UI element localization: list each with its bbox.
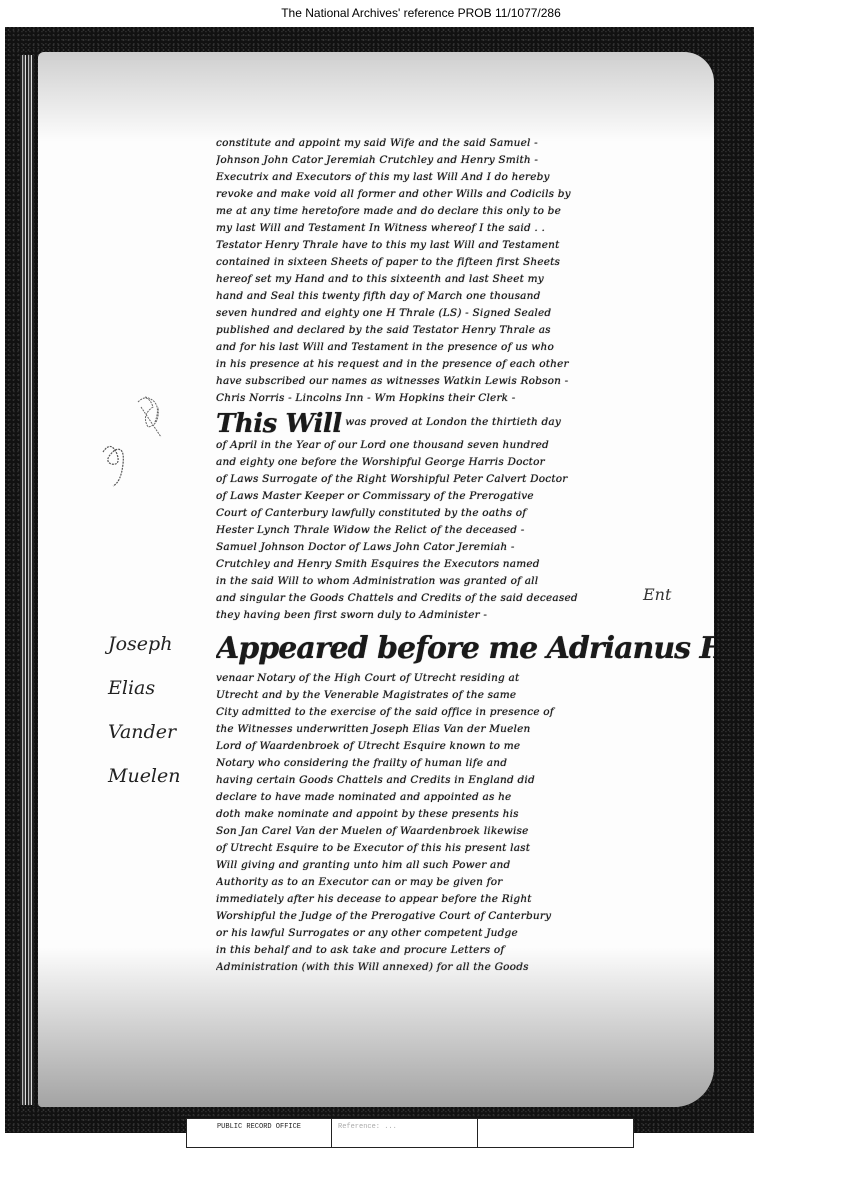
will-line: me at any time heretofore made and do de… <box>216 203 714 220</box>
appearance-heading: Appeared before me Adrianus Hoe <box>216 632 714 670</box>
will-line: constitute and appoint my said Wife and … <box>216 135 714 152</box>
probate-line: and eighty one before the Worshipful Geo… <box>216 454 714 471</box>
will-line: and for his last Will and Testament in t… <box>216 339 714 356</box>
will-line: contained in sixteen Sheets of paper to … <box>216 254 714 271</box>
appearance-line: or his lawful Surrogates or any other co… <box>216 925 714 942</box>
will-line: in his presence at his request and in th… <box>216 356 714 373</box>
margin-name-line: Elias <box>108 666 181 710</box>
appearance-line: Worshipful the Judge of the Prerogative … <box>216 908 714 925</box>
archive-reference-header: The National Archives' reference PROB 11… <box>0 0 842 27</box>
probate-line: Hester Lynch Thrale Widow the Relict of … <box>216 522 714 539</box>
margin-flourish-icon <box>93 377 173 487</box>
page-edge-lines <box>20 55 34 1105</box>
will-line: my last Will and Testament In Witness wh… <box>216 220 714 237</box>
probate-line: of Laws Surrogate of the Right Worshipfu… <box>216 471 714 488</box>
margin-name-line: Joseph <box>108 622 181 666</box>
probate-line: Court of Canterbury lawfully constituted… <box>216 505 714 522</box>
probate-line: was proved at London the thirtieth day <box>345 416 561 428</box>
probate-first-line: This Will was proved at London the thirt… <box>216 407 714 437</box>
probate-line: of April in the Year of our Lord one tho… <box>216 437 714 454</box>
appearance-line: of Utrecht Esquire to be Executor of thi… <box>216 840 714 857</box>
appearance-line: Administration (with this Will annexed) … <box>216 959 714 976</box>
will-line: seven hundred and eighty one H Thrale (L… <box>216 305 714 322</box>
public-record-office-label: PUBLIC RECORD OFFICE Reference: ... <box>186 1118 634 1148</box>
appearance-line: Notary who considering the frailty of hu… <box>216 755 714 772</box>
label-blank <box>478 1119 633 1147</box>
appearance-line: Utrecht and by the Venerable Magistrates… <box>216 687 714 704</box>
probate-line: Crutchley and Henry Smith Esquires the E… <box>216 556 714 573</box>
probate-line: Samuel Johnson Doctor of Laws John Cator… <box>216 539 714 556</box>
will-line: revoke and make void all former and othe… <box>216 186 714 203</box>
will-line: Testator Henry Thrale have to this my la… <box>216 237 714 254</box>
margin-name-note: Joseph Elias Vander Muelen <box>108 622 181 798</box>
probate-line: of Laws Master Keeper or Commissary of t… <box>216 488 714 505</box>
label-reference: Reference: ... <box>332 1119 478 1147</box>
will-line: Executrix and Executors of this my last … <box>216 169 714 186</box>
will-line: published and declared by the said Testa… <box>216 322 714 339</box>
will-line: have subscribed our names as witnesses W… <box>216 373 714 390</box>
appearance-line: having certain Goods Chattels and Credit… <box>216 772 714 789</box>
appearance-line: City admitted to the exercise of the sai… <box>216 704 714 721</box>
appearance-line: Lord of Waardenbroek of Utrecht Esquire … <box>216 738 714 755</box>
will-line: hereof set my Hand and to this sixteenth… <box>216 271 714 288</box>
appearance-line: venaar Notary of the High Court of Utrec… <box>216 670 714 687</box>
will-line: Chris Norris - Lincolns Inn - Wm Hopkins… <box>216 390 714 407</box>
clerk-initials: Ent <box>643 585 671 604</box>
probate-heading: This Will <box>216 411 342 437</box>
probate-line: in the said Will to whom Administration … <box>216 573 714 590</box>
appearance-line: the Witnesses underwritten Joseph Elias … <box>216 721 714 738</box>
margin-name-line: Vander <box>108 710 181 754</box>
margin-name-line: Muelen <box>108 754 181 798</box>
appearance-line: immediately after his decease to appear … <box>216 891 714 908</box>
will-line: Johnson John Cator Jeremiah Crutchley an… <box>216 152 714 169</box>
label-office: PUBLIC RECORD OFFICE <box>187 1119 332 1147</box>
probate-line: and singular the Goods Chattels and Cred… <box>216 590 714 607</box>
appearance-line: in this behalf and to ask take and procu… <box>216 942 714 959</box>
manuscript-page: constitute and appoint my said Wife and … <box>38 52 714 1107</box>
appearance-line: Will giving and granting unto him all su… <box>216 857 714 874</box>
will-text-block: constitute and appoint my said Wife and … <box>216 135 714 976</box>
appearance-line: doth make nominate and appoint by these … <box>216 806 714 823</box>
appearance-line: Son Jan Carel Van der Muelen of Waardenb… <box>216 823 714 840</box>
will-line: hand and Seal this twenty fifth day of M… <box>216 288 714 305</box>
appearance-line: Authority as to an Executor can or may b… <box>216 874 714 891</box>
probate-line: they having been first sworn duly to Adm… <box>216 607 714 624</box>
appearance-line: declare to have made nominated and appoi… <box>216 789 714 806</box>
